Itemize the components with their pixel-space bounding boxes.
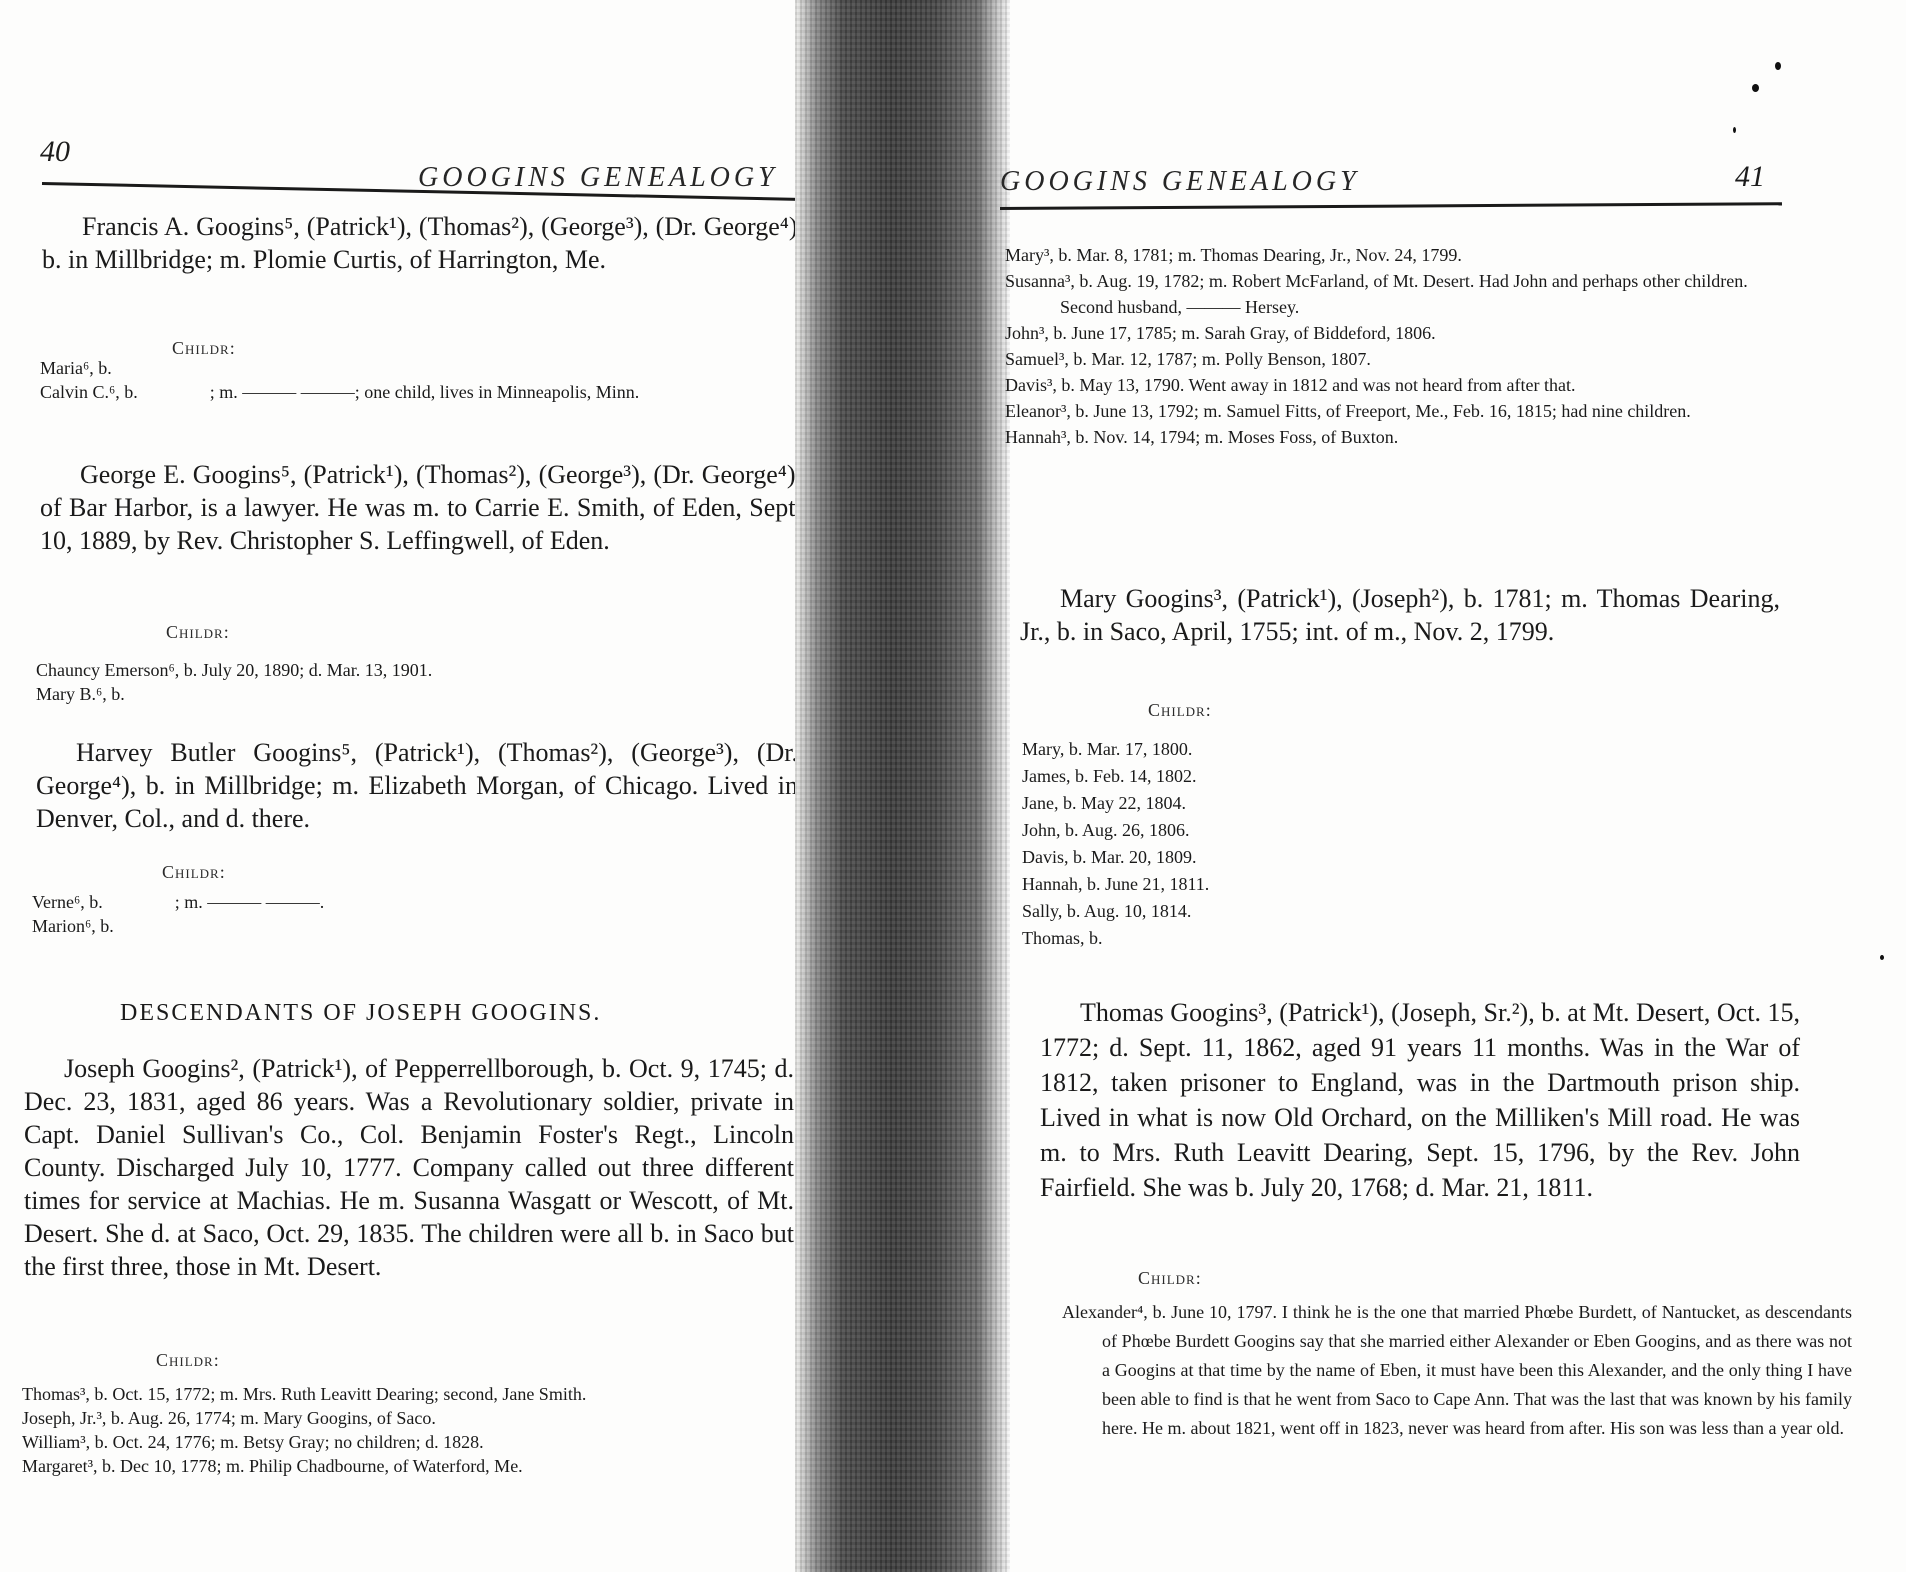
child-entry: Marion⁶, b.: [32, 914, 792, 938]
entry-text: George E. Googins⁵, (Patrick¹), (Thomas²…: [40, 460, 802, 555]
book-gutter: [795, 0, 1010, 1572]
entry-joseph: Joseph Googins², (Patrick¹), of Pepperre…: [24, 1052, 794, 1283]
running-head: GOOGINS GENEALOGY: [1000, 166, 1360, 198]
child-entry: Chauncy Emerson⁶, b. July 20, 1890; d. M…: [36, 658, 796, 682]
child-list: Mary, b. Mar. 17, 1800. James, b. Feb. 1…: [1022, 736, 1522, 952]
child-list: Maria⁶, b. Calvin C.⁶, b. ; m. ——— ———; …: [40, 356, 800, 404]
page-number: 41: [1735, 160, 1765, 194]
book-spread: 40 GOOGINS GENEALOGY Francis A. Googins⁵…: [0, 0, 1906, 1572]
childr-label: Childr:: [162, 862, 226, 883]
child-entry: Davis³, b. May 13, 1790. Went away in 18…: [1005, 372, 1785, 398]
entry-text: Joseph Googins², (Patrick¹), of Pepperre…: [24, 1054, 794, 1281]
child-entry: Thomas³, b. Oct. 15, 1772; m. Mrs. Ruth …: [22, 1382, 792, 1406]
child-list: Thomas³, b. Oct. 15, 1772; m. Mrs. Ruth …: [22, 1382, 792, 1478]
child-entry: Samuel³, b. Mar. 12, 1787; m. Polly Bens…: [1005, 346, 1785, 372]
entry-text: Francis A. Googins⁵, (Patrick¹), (Thomas…: [42, 212, 804, 274]
child-entry: Maria⁶, b.: [40, 356, 800, 380]
child-entry: Alexander⁴, b. June 10, 1797. I think he…: [1062, 1298, 1852, 1443]
entry-harvey: Harvey Butler Googins⁵, (Patrick¹), (Tho…: [36, 736, 798, 835]
entry-mary: Mary Googins³, (Patrick¹), (Joseph²), b.…: [1020, 582, 1780, 648]
section-heading: DESCENDANTS OF JOSEPH GOOGINS.: [120, 1000, 601, 1027]
continued-child-list: Mary³, b. Mar. 8, 1781; m. Thomas Dearin…: [1005, 242, 1785, 450]
child-entry: Mary B.⁶, b.: [36, 682, 796, 706]
scan-speck: [1733, 127, 1736, 133]
childr-label: Childr:: [156, 1350, 220, 1371]
entry-george: George E. Googins⁵, (Patrick¹), (Thomas²…: [40, 458, 802, 557]
child-entry: Eleanor³, b. June 13, 1792; m. Samuel Fi…: [1005, 398, 1785, 424]
entry-thomas: Thomas Googins³, (Patrick¹), (Joseph, Sr…: [1040, 995, 1800, 1205]
child-entry: Hannah³, b. Nov. 14, 1794; m. Moses Foss…: [1005, 424, 1785, 450]
entry-text: Thomas Googins³, (Patrick¹), (Joseph, Sr…: [1040, 998, 1800, 1202]
child-entry: Margaret³, b. Dec 10, 1778; m. Philip Ch…: [22, 1454, 792, 1478]
child-entry: Mary, b. Mar. 17, 1800.: [1022, 736, 1522, 763]
childr-label: Childr:: [166, 622, 230, 643]
child-entry: John, b. Aug. 26, 1806.: [1022, 817, 1522, 844]
right-page: GOOGINS GENEALOGY 41 Mary³, b. Mar. 8, 1…: [1000, 0, 1800, 1572]
running-head: GOOGINS GENEALOGY: [418, 162, 778, 194]
child-entry: Thomas, b.: [1022, 925, 1522, 952]
left-page: 40 GOOGINS GENEALOGY Francis A. Googins⁵…: [0, 0, 800, 1572]
child-entry: William³, b. Oct. 24, 1776; m. Betsy Gra…: [22, 1430, 792, 1454]
entry-francis: Francis A. Googins⁵, (Patrick¹), (Thomas…: [42, 210, 804, 276]
child-entry: John³, b. June 17, 1785; m. Sarah Gray, …: [1005, 320, 1785, 346]
child-entry: Calvin C.⁶, b. ; m. ——— ———; one child, …: [40, 380, 800, 404]
scan-speck: [1775, 62, 1781, 70]
childr-label: Childr:: [1138, 1268, 1202, 1289]
child-list: Alexander⁴, b. June 10, 1797. I think he…: [1062, 1298, 1852, 1443]
scan-speck: [1752, 84, 1759, 92]
child-entry: James, b. Feb. 14, 1802.: [1022, 763, 1522, 790]
child-entry: Mary³, b. Mar. 8, 1781; m. Thomas Dearin…: [1005, 242, 1785, 268]
entry-text: Mary Googins³, (Patrick¹), (Joseph²), b.…: [1020, 584, 1780, 646]
childr-label: Childr:: [1148, 700, 1212, 721]
header-rule: [1000, 202, 1782, 210]
child-entry: Sally, b. Aug. 10, 1814.: [1022, 898, 1522, 925]
child-entry: Davis, b. Mar. 20, 1809.: [1022, 844, 1522, 871]
child-list: Verne⁶, b. ; m. ——— ———. Marion⁶, b.: [32, 890, 792, 938]
scan-speck: [1880, 955, 1884, 960]
child-list: Chauncy Emerson⁶, b. July 20, 1890; d. M…: [36, 658, 796, 706]
child-entry: Verne⁶, b. ; m. ——— ———.: [32, 890, 792, 914]
child-entry: Jane, b. May 22, 1804.: [1022, 790, 1522, 817]
page-number: 40: [40, 135, 70, 169]
child-entry: Hannah, b. June 21, 1811.: [1022, 871, 1522, 898]
child-entry: Susanna³, b. Aug. 19, 1782; m. Robert Mc…: [1005, 268, 1785, 320]
entry-text: Harvey Butler Googins⁵, (Patrick¹), (Tho…: [36, 738, 798, 833]
child-entry: Joseph, Jr.³, b. Aug. 26, 1774; m. Mary …: [22, 1406, 792, 1430]
